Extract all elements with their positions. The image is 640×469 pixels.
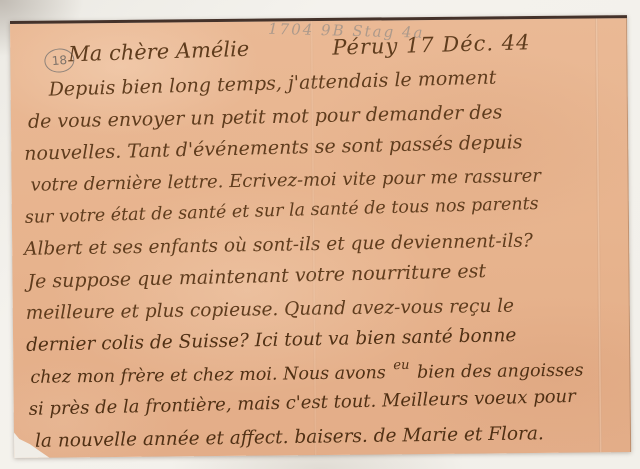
inserted-word: eu: [391, 358, 411, 373]
line-part-after: bien des angoisses: [417, 361, 584, 383]
line-part-before: chez mon frère et chez moi. Nous avons: [30, 363, 386, 388]
letter-body: Depuis bien long temps, j'attendais le m…: [23, 68, 628, 458]
postcard: 18 1704 9B Stag 4a Ma chère Amélie Péruy…: [10, 15, 631, 458]
salutation: Ma chère Amélie: [68, 37, 250, 67]
dateline: Péruy 17 Déc. 44: [332, 30, 531, 59]
